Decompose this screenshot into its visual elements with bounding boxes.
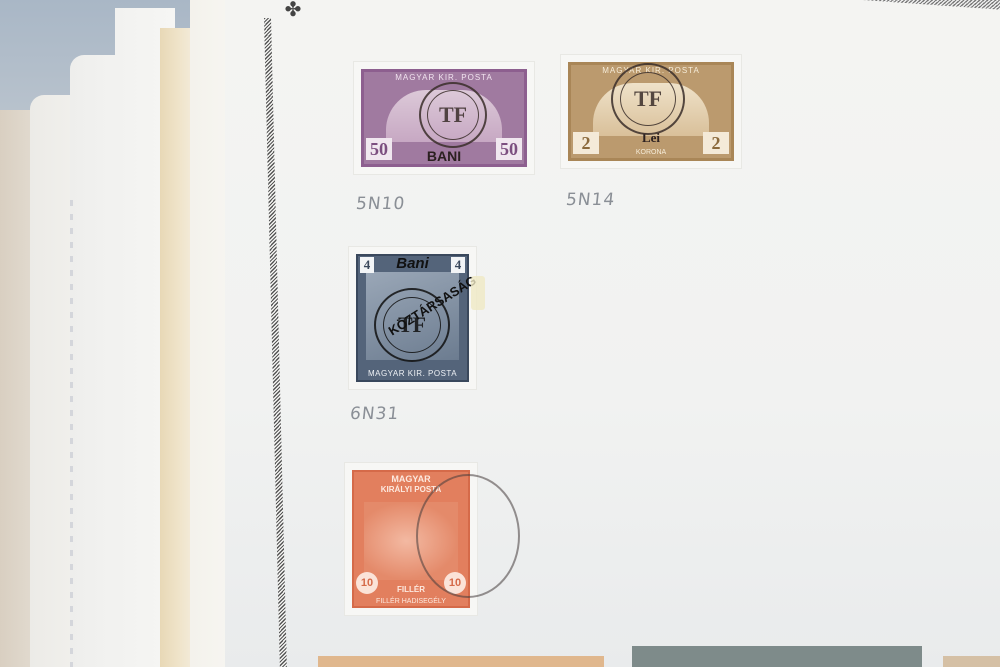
catalog-label: 5N10 (355, 194, 406, 214)
stamp-header: MAGYAR KIR. POSTA (364, 73, 524, 82)
stamp: 4 4 Bani TF KÖZTÁRSASÁG MAGYAR KIR. POST… (349, 247, 476, 389)
ornament-icon: ✤ (280, 0, 306, 24)
stamp-hinge (471, 276, 485, 310)
page-perforation (70, 200, 73, 667)
stamp-footer: FILLÉR HADISEGÉLY (354, 598, 468, 605)
stamp-surcharge: Bani (358, 255, 467, 272)
stamp-footer: MAGYAR KIR. POSTA (358, 369, 467, 378)
stamp: MAGYAR KIR. POSTA 2 2 Lei KORONA TF (561, 55, 741, 168)
stamp: MAGYAR KIR. POSTA 50 50 BANI TF (354, 62, 534, 174)
overprint-monogram: TF (613, 86, 683, 112)
catalog-label: 6N31 (349, 404, 400, 424)
stamp-surcharge: BANI (364, 148, 524, 164)
stamp-currency: KORONA (571, 149, 731, 156)
postmark-cancel (416, 474, 520, 598)
stamp: MAGYAR KIRÁLYI POSTA 10 10 FILLÉR FILLÉR… (345, 463, 477, 615)
overprint-monogram: TF (421, 102, 485, 128)
stamp-partial (318, 656, 604, 667)
stamp-partial (632, 646, 922, 667)
stamp-partial (943, 656, 1000, 667)
catalog-label: 5N14 (565, 190, 616, 210)
